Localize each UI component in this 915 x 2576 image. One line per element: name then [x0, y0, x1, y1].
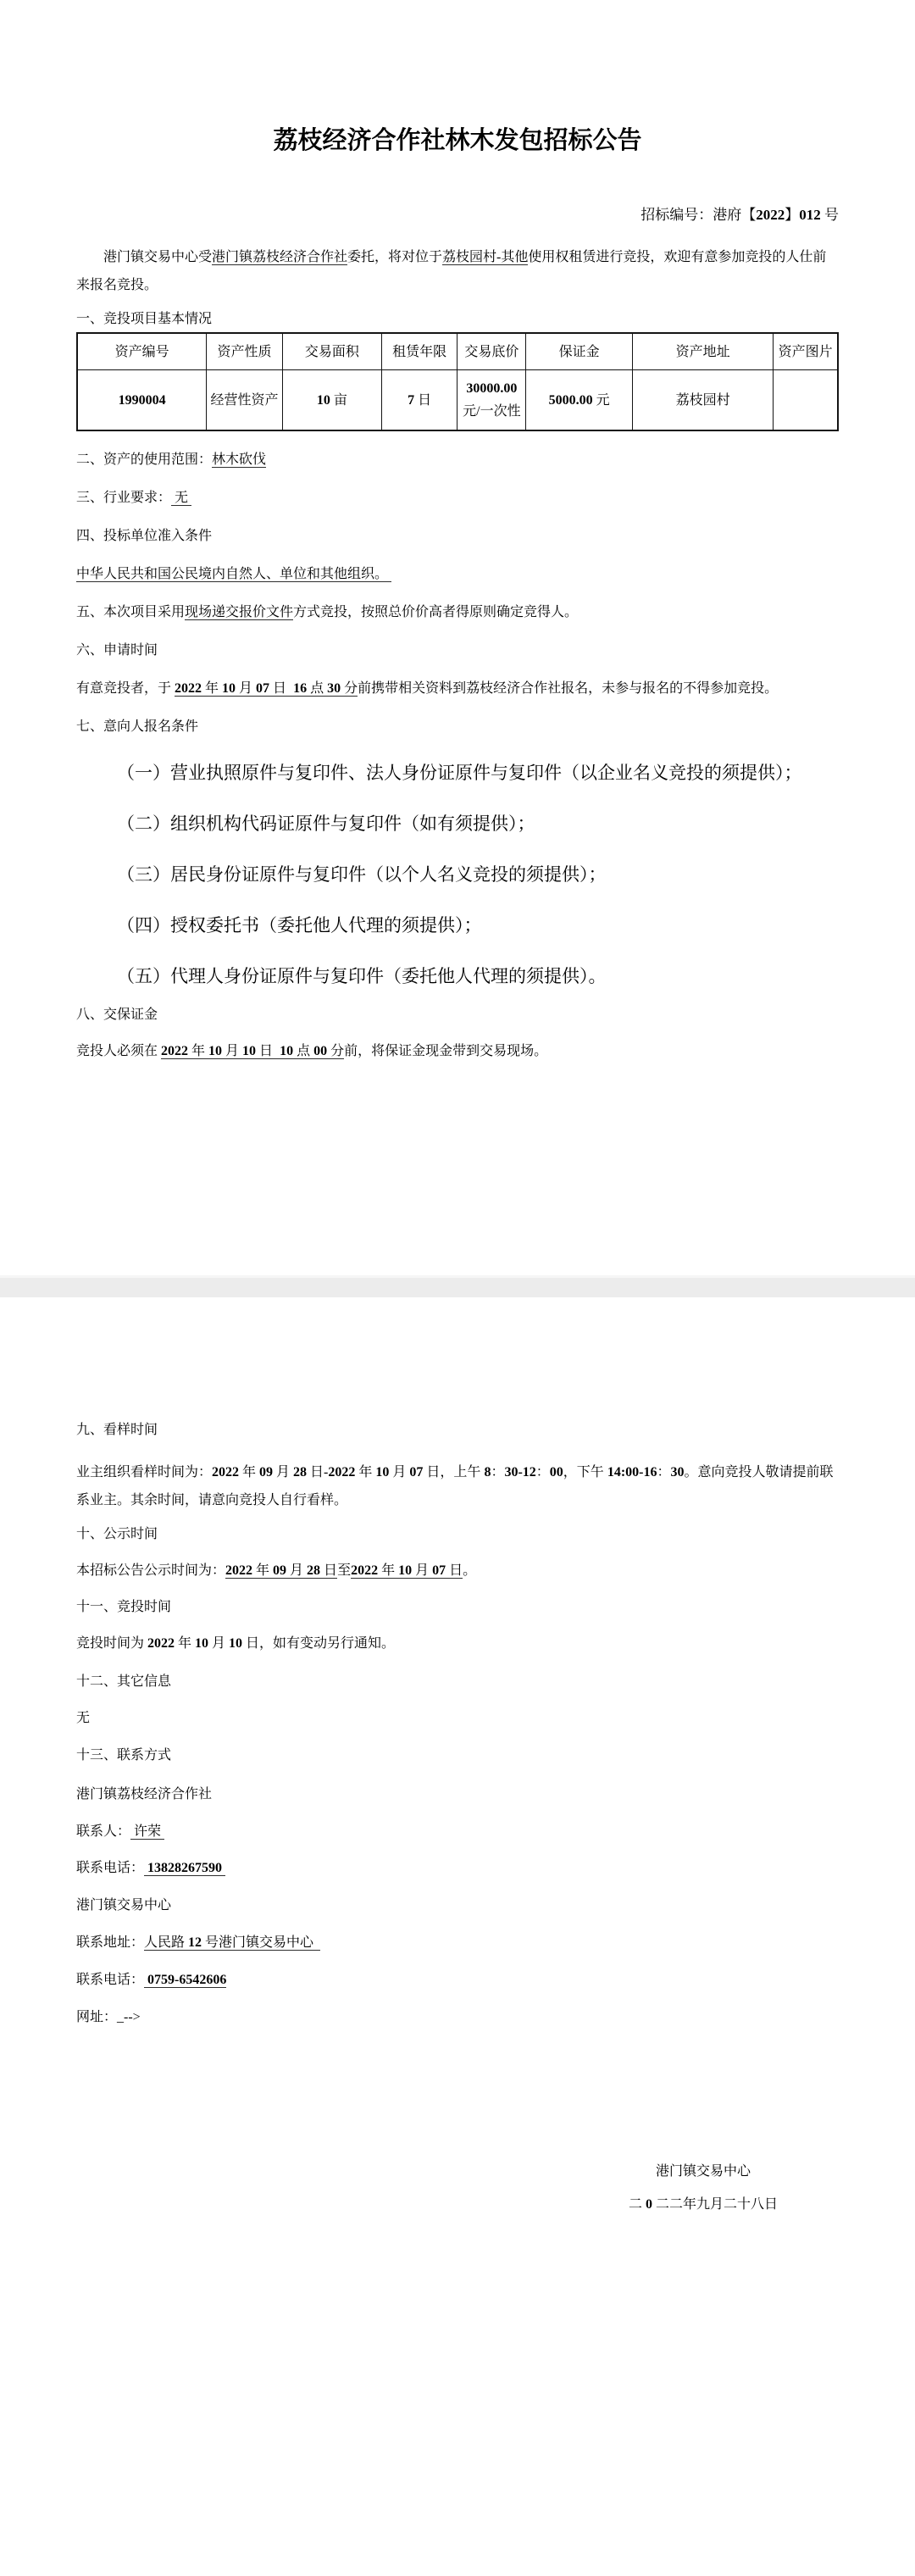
- section-6-body: 有意竞投者，于 2022 年 10 月 07 日 16 点 30 分前携带相关资…: [76, 679, 839, 699]
- contact-phone-label: 联系电话：: [76, 1861, 144, 1875]
- entrusting-party-underlined: 港门镇荔枝经济合作社: [212, 250, 347, 265]
- cell-asset-type: 经营性资产: [207, 370, 283, 431]
- cell-trade-area: 10 亩: [282, 370, 381, 431]
- section-5-line: 五、本次项目采用现场递交报价文件方式竞投，按照总价价高者得原则确定竞得人。: [76, 602, 839, 623]
- section-5-text: 方式竞投，按照总价价高者得原则确定竞得人。: [293, 605, 578, 619]
- cell-asset-photo: [774, 370, 838, 431]
- contact-person-line: 联系人： 许荣: [76, 1822, 839, 1842]
- publicity-end-date-underlined: 2022 年 10 月 07 日: [351, 1563, 463, 1579]
- requirement-item-2: （二）组织机构代码证原件与复印件（如有须提供）；: [117, 808, 839, 839]
- contact-address-label: 联系地址：: [76, 1935, 144, 1950]
- header-asset-type: 资产性质: [207, 333, 283, 370]
- bid-method-underlined: 现场递交报价文件: [185, 605, 293, 620]
- center-phone-underlined: 0759-6542606: [144, 1973, 226, 1988]
- section-10-heading: 十、公示时间: [76, 1524, 839, 1545]
- contact-person-label: 联系人：: [76, 1824, 130, 1839]
- intro-text: 委托，将对位于: [347, 250, 442, 264]
- intro-paragraph: 港门镇交易中心受港门镇荔枝经济合作社委托，将对位于荔枝园村-其他使用权租赁进行竞…: [76, 243, 839, 299]
- cell-deposit: 5000.00 元: [526, 370, 633, 431]
- cell-asset-id: 1990004: [77, 370, 207, 431]
- header-asset-photo: 资产图片: [774, 333, 838, 370]
- section-10-text: 本招标公告公示时间为：: [76, 1563, 225, 1578]
- section-10-body: 本招标公告公示时间为：2022 年 09 月 28 日至2022 年 10 月 …: [76, 1561, 839, 1581]
- section-11-heading: 十一、竞投时间: [76, 1597, 839, 1618]
- asset-table-row: 1990004 经营性资产 10 亩 7 日 30000.00 元/一次性 50…: [77, 370, 838, 431]
- requirement-item-1: （一）营业执照原件与复印件、法人身份证原件与复印件（以企业名义竞投的须提供）；: [117, 758, 839, 788]
- section-2-line: 二、资产的使用范围：林木砍伐: [76, 450, 839, 470]
- section-8-body: 竞投人必须在 2022 年 10 月 10 日 10 点 00 分前，将保证金现…: [76, 1041, 839, 1062]
- center-phone-line: 联系电话： 0759-6542606: [76, 1970, 839, 1990]
- section-8-text: 前，将保证金现金带到交易现场。: [344, 1044, 547, 1058]
- asset-table-header-row: 资产编号 资产性质 交易面积 租赁年限 交易底价 保证金 资产地址 资产图片: [77, 333, 838, 370]
- header-asset-address: 资产地址: [633, 333, 774, 370]
- section-6-text: 有意竞投者，于: [76, 681, 175, 696]
- asset-location-underlined: 荔枝园村-其他: [442, 250, 528, 265]
- page-1: 荔枝经济合作社林木发包招标公告 招标编号：港府【2022】012 号 港门镇交易…: [0, 0, 915, 1275]
- section-12-heading: 十二、其它信息: [76, 1672, 839, 1692]
- contact-person-underlined: 许荣: [130, 1824, 164, 1840]
- section-3-label: 三、行业要求：: [76, 491, 171, 505]
- contact-phone-line: 联系电话： 13828267590: [76, 1858, 839, 1879]
- section-7-heading: 七、意向人报名条件: [76, 717, 839, 737]
- signature-date: 二 0 二二年九月二十八日: [589, 2188, 818, 2221]
- contact-address-underlined: 人民路 12 号港门镇交易中心: [144, 1935, 320, 1951]
- section-9-body: 业主组织看样时间为：2022 年 09 月 28 日-2022 年 10 月 0…: [76, 1458, 839, 1514]
- website-value: _-->: [117, 2010, 141, 2024]
- section-5-text: 五、本次项目采用: [76, 605, 185, 619]
- trade-center-name: 港门镇交易中心: [76, 1896, 839, 1916]
- section-3-line: 三、行业要求： 无: [76, 488, 839, 508]
- asset-table: 资产编号 资产性质 交易面积 租赁年限 交易底价 保证金 资产地址 资产图片 1…: [76, 332, 839, 431]
- intro-text: 港门镇交易中心受: [103, 250, 212, 264]
- publicity-start-date-underlined: 2022 年 09 月 28 日: [225, 1563, 337, 1579]
- section-2-label: 二、资产的使用范围：: [76, 452, 212, 467]
- header-floor-price: 交易底价: [457, 333, 526, 370]
- tender-announcement-document: 荔枝经济合作社林木发包招标公告 招标编号：港府【2022】012 号 港门镇交易…: [0, 0, 915, 2576]
- signature-block: 港门镇交易中心 二 0 二二年九月二十八日: [589, 2155, 818, 2221]
- section-11-body: 竞投时间为 2022 年 10 月 10 日，如有变动另行通知。: [76, 1634, 839, 1654]
- header-asset-id: 资产编号: [77, 333, 207, 370]
- cell-floor-price: 30000.00 元/一次性: [457, 370, 526, 431]
- contact-phone-underlined: 13828267590: [144, 1861, 225, 1876]
- section-8-heading: 八、交保证金: [76, 1005, 839, 1025]
- section-9-heading: 九、看样时间: [76, 1420, 839, 1441]
- section-13-heading: 十三、联系方式: [76, 1746, 839, 1766]
- cell-asset-address: 荔枝园村: [633, 370, 774, 431]
- header-deposit: 保证金: [526, 333, 633, 370]
- section-10-text: 至: [337, 1563, 351, 1578]
- document-title: 荔枝经济合作社林木发包招标公告: [76, 124, 839, 158]
- application-deadline-underlined: 2022 年 10 月 07 日 16 点 30 分: [175, 681, 358, 697]
- website-label: 网址：: [76, 2010, 117, 2024]
- section-6-text: 前携带相关资料到荔枝经济合作社报名，未参与报名的不得参加竞投。: [358, 681, 778, 696]
- header-lease-term: 租赁年限: [381, 333, 457, 370]
- section-12-body: 无: [76, 1708, 839, 1729]
- section-4-body: 中华人民共和国公民境内自然人、单位和其他组织。: [76, 564, 839, 585]
- section-10-text: 。: [463, 1563, 476, 1578]
- owner-name: 港门镇荔枝经济合作社: [76, 1785, 839, 1805]
- header-trade-area: 交易面积: [282, 333, 381, 370]
- requirement-item-5: （五）代理人身份证原件与复印件（委托他人代理的须提供）。: [117, 961, 839, 991]
- section-6-heading: 六、申请时间: [76, 641, 839, 661]
- section-4-heading: 四、投标单位准入条件: [76, 526, 839, 547]
- tender-ref-no: 招标编号：港府【2022】012 号: [76, 205, 839, 225]
- requirement-item-4: （四）授权委托书（委托他人代理的须提供）；: [117, 910, 839, 941]
- requirement-item-3: （三）居民身份证原件与复印件（以个人名义竞投的须提供）；: [117, 859, 839, 890]
- usage-scope-underlined: 林木砍伐: [212, 452, 266, 468]
- website-line: 网址：_-->: [76, 2007, 839, 2028]
- eligibility-underlined: 中华人民共和国公民境内自然人、单位和其他组织。: [76, 567, 391, 582]
- page-separator: [0, 1275, 915, 1297]
- cell-lease-term: 7 日: [381, 370, 457, 431]
- deposit-deadline-underlined: 2022 年 10 月 10 日 10 点 00 分: [161, 1044, 344, 1059]
- section-8-text: 竞投人必须在: [76, 1044, 161, 1058]
- contact-address-line: 联系地址：人民路 12 号港门镇交易中心: [76, 1933, 839, 1953]
- page-2: 九、看样时间 业主组织看样时间为：2022 年 09 月 28 日-2022 年…: [0, 1297, 915, 2576]
- center-phone-label: 联系电话：: [76, 1973, 144, 1987]
- signature-org: 港门镇交易中心: [589, 2155, 818, 2188]
- section-1-heading: 一、竞投项目基本情况: [76, 309, 839, 330]
- industry-requirement-underlined: 无: [171, 491, 191, 506]
